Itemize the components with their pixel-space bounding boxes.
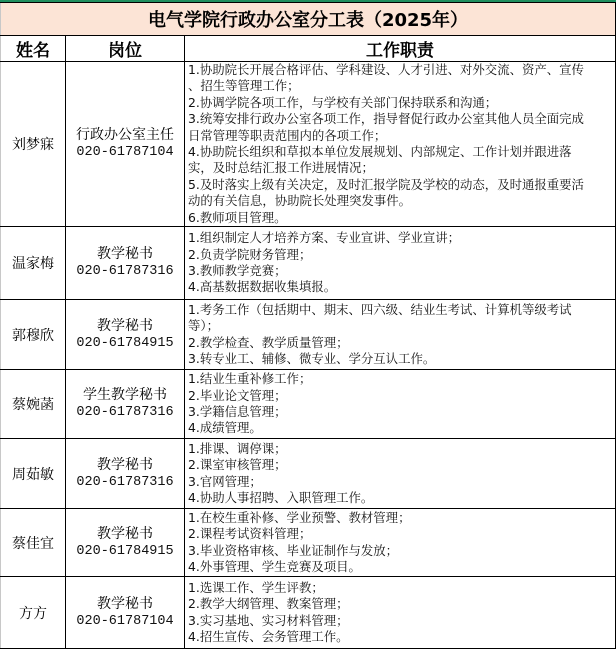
table-title: 电气学院行政办公室分工表（2025年） bbox=[1, 3, 616, 36]
staff-name: 蔡婉菡 bbox=[1, 370, 66, 439]
position-title: 行政办公室主任 bbox=[66, 126, 184, 144]
duties-cell: 1.排课、调停课； 2.课室审核管理； 3.官网管理； 4.协助人事招聘、入职管… bbox=[185, 439, 616, 509]
duty-line: 3.转专业工、辅修、微专业、学分互认工作。 bbox=[188, 351, 615, 367]
table-row: 刘梦寐 行政办公室主任 020-61787104 1.协助院长开展合格评估、学科… bbox=[1, 62, 616, 227]
position-cell: 行政办公室主任 020-61787104 bbox=[66, 62, 185, 227]
staff-name: 周茹敏 bbox=[1, 439, 66, 509]
phone-number: 020-61784915 bbox=[66, 335, 184, 353]
position-title: 教学秘书 bbox=[66, 525, 184, 543]
table-row: 蔡婉菡 学生教学秘书 020-61787316 1.结业生重补修工作； 2.毕业… bbox=[1, 370, 616, 439]
duty-line: 1.组织制定人才培养方案、专业宣讲、学业宣讲； bbox=[188, 230, 615, 246]
duty-line: 4.协助院长组织和草拟本单位发展规划、内部规定、工作计划并跟进落 bbox=[188, 144, 615, 160]
title-row: 电气学院行政办公室分工表（2025年） bbox=[1, 3, 616, 36]
staff-name: 蔡佳宜 bbox=[1, 509, 66, 577]
duty-line: 2.协调学院各项工作，与学校有关部门保持联系和沟通； bbox=[188, 95, 615, 111]
duty-line: 3.实习基地、实习材料管理； bbox=[188, 613, 615, 629]
duty-line: 实，及时总结汇报工作进展情况； bbox=[188, 160, 615, 176]
staff-name: 温家梅 bbox=[1, 227, 66, 300]
staff-duty-table: 电气学院行政办公室分工表（2025年） 姓名 岗位 工作职责 刘梦寐 行政办公室… bbox=[0, 2, 616, 649]
duty-line: 1.结业生重补修工作； bbox=[188, 371, 615, 387]
duty-line: 1.在校生重补修、学业预警、教材管理； bbox=[188, 510, 615, 526]
header-position: 岗位 bbox=[66, 36, 185, 62]
duties-cell: 1.协助院长开展合格评估、学科建设、人才引进、对外交流、资产、宣传 、招生等管理… bbox=[185, 62, 616, 227]
duty-line: 2.毕业论文管理； bbox=[188, 388, 615, 404]
position-cell: 学生教学秘书 020-61787316 bbox=[66, 370, 185, 439]
duty-line: 动的有关信息，协助院长处理突发事件。 bbox=[188, 193, 615, 209]
duty-line: 、招生等管理工作； bbox=[188, 78, 615, 94]
duty-line: 4.外事管理、学生竞赛及项目。 bbox=[188, 559, 615, 575]
duty-line: 4.招生宣传、会务管理工作。 bbox=[188, 629, 615, 645]
table-row: 郭穆欣 教学秘书 020-61784915 1.考务工作（包括期中、期末、四六级… bbox=[1, 300, 616, 370]
duty-line: 3.学籍信息管理； bbox=[188, 404, 615, 420]
phone-number: 020-61787104 bbox=[66, 613, 184, 631]
duty-line: 2.负责学院财务管理； bbox=[188, 247, 615, 263]
position-title: 教学秘书 bbox=[66, 245, 184, 263]
table-row: 温家梅 教学秘书 020-61787316 1.组织制定人才培养方案、专业宣讲、… bbox=[1, 227, 616, 300]
duty-line: 1.选课工作、学生评教； bbox=[188, 580, 615, 596]
duty-line: 2.教学大纲管理、教案管理； bbox=[188, 596, 615, 612]
phone-number: 020-61787316 bbox=[66, 404, 184, 422]
duty-line: 3.教师教学竞赛； bbox=[188, 263, 615, 279]
duty-line: 2.课室审核管理； bbox=[188, 457, 615, 473]
duty-line: 4.成绩管理。 bbox=[188, 420, 615, 436]
phone-number: 020-61787104 bbox=[66, 144, 184, 162]
duty-line: 3.官网管理； bbox=[188, 474, 615, 490]
phone-number: 020-61787316 bbox=[66, 474, 184, 492]
duty-line: 3.毕业资格审核、毕业证制作与发放； bbox=[188, 543, 615, 559]
duty-line: 3.统筹安排行政办公室各项工作，指导督促行政办公室其他人员全面完成 bbox=[188, 111, 615, 127]
duty-line: 1.协助院长开展合格评估、学科建设、人才引进、对外交流、资产、宣传 bbox=[188, 62, 615, 78]
table-row: 蔡佳宜 教学秘书 020-61784915 1.在校生重补修、学业预警、教材管理… bbox=[1, 509, 616, 577]
phone-number: 020-61784915 bbox=[66, 543, 184, 561]
position-cell: 教学秘书 020-61787316 bbox=[66, 227, 185, 300]
position-cell: 教学秘书 020-61784915 bbox=[66, 300, 185, 370]
duty-line: 2.教学检查、教学质量管理； bbox=[188, 335, 615, 351]
duty-line: 1.排课、调停课； bbox=[188, 441, 615, 457]
staff-name: 刘梦寐 bbox=[1, 62, 66, 227]
position-cell: 教学秘书 020-61787104 bbox=[66, 577, 185, 649]
duties-cell: 1.考务工作（包括期中、期末、四六级、结业生考试、计算机等级考试 等）； 2.教… bbox=[185, 300, 616, 370]
position-cell: 教学秘书 020-61784915 bbox=[66, 509, 185, 577]
position-cell: 教学秘书 020-61787316 bbox=[66, 439, 185, 509]
duties-cell: 1.在校生重补修、学业预警、教材管理； 2.课程考试资料管理； 3.毕业资格审核… bbox=[185, 509, 616, 577]
position-title: 学生教学秘书 bbox=[66, 386, 184, 404]
duty-line: 日常管理等职责范围内的各项工作； bbox=[188, 128, 615, 144]
phone-number: 020-61787316 bbox=[66, 263, 184, 281]
duty-line: 2.课程考试资料管理； bbox=[188, 526, 615, 542]
duties-cell: 1.组织制定人才培养方案、专业宣讲、学业宣讲； 2.负责学院财务管理； 3.教师… bbox=[185, 227, 616, 300]
position-title: 教学秘书 bbox=[66, 456, 184, 474]
header-name: 姓名 bbox=[1, 36, 66, 62]
duty-line: 4.协助人事招聘、入职管理工作。 bbox=[188, 490, 615, 506]
position-title: 教学秘书 bbox=[66, 595, 184, 613]
table-row: 方方 教学秘书 020-61787104 1.选课工作、学生评教； 2.教学大纲… bbox=[1, 577, 616, 649]
staff-name: 郭穆欣 bbox=[1, 300, 66, 370]
duty-line: 等）； bbox=[188, 318, 615, 334]
staff-name: 方方 bbox=[1, 577, 66, 649]
position-title: 教学秘书 bbox=[66, 317, 184, 335]
header-duties: 工作职责 bbox=[185, 36, 616, 62]
duties-cell: 1.选课工作、学生评教； 2.教学大纲管理、教案管理； 3.实习基地、实习材料管… bbox=[185, 577, 616, 649]
duties-cell: 1.结业生重补修工作； 2.毕业论文管理； 3.学籍信息管理； 4.成绩管理。 bbox=[185, 370, 616, 439]
header-row: 姓名 岗位 工作职责 bbox=[1, 36, 616, 62]
table-row: 周茹敏 教学秘书 020-61787316 1.排课、调停课； 2.课室审核管理… bbox=[1, 439, 616, 509]
duty-line: 5.及时落实上级有关决定，及时汇报学院及学校的动态，及时通报重要活 bbox=[188, 177, 615, 193]
duty-line: 1.考务工作（包括期中、期末、四六级、结业生考试、计算机等级考试 bbox=[188, 302, 615, 318]
duty-line: 4.高基数据数据收集填报。 bbox=[188, 279, 615, 295]
duty-line: 6.教师项目管理。 bbox=[188, 210, 615, 226]
